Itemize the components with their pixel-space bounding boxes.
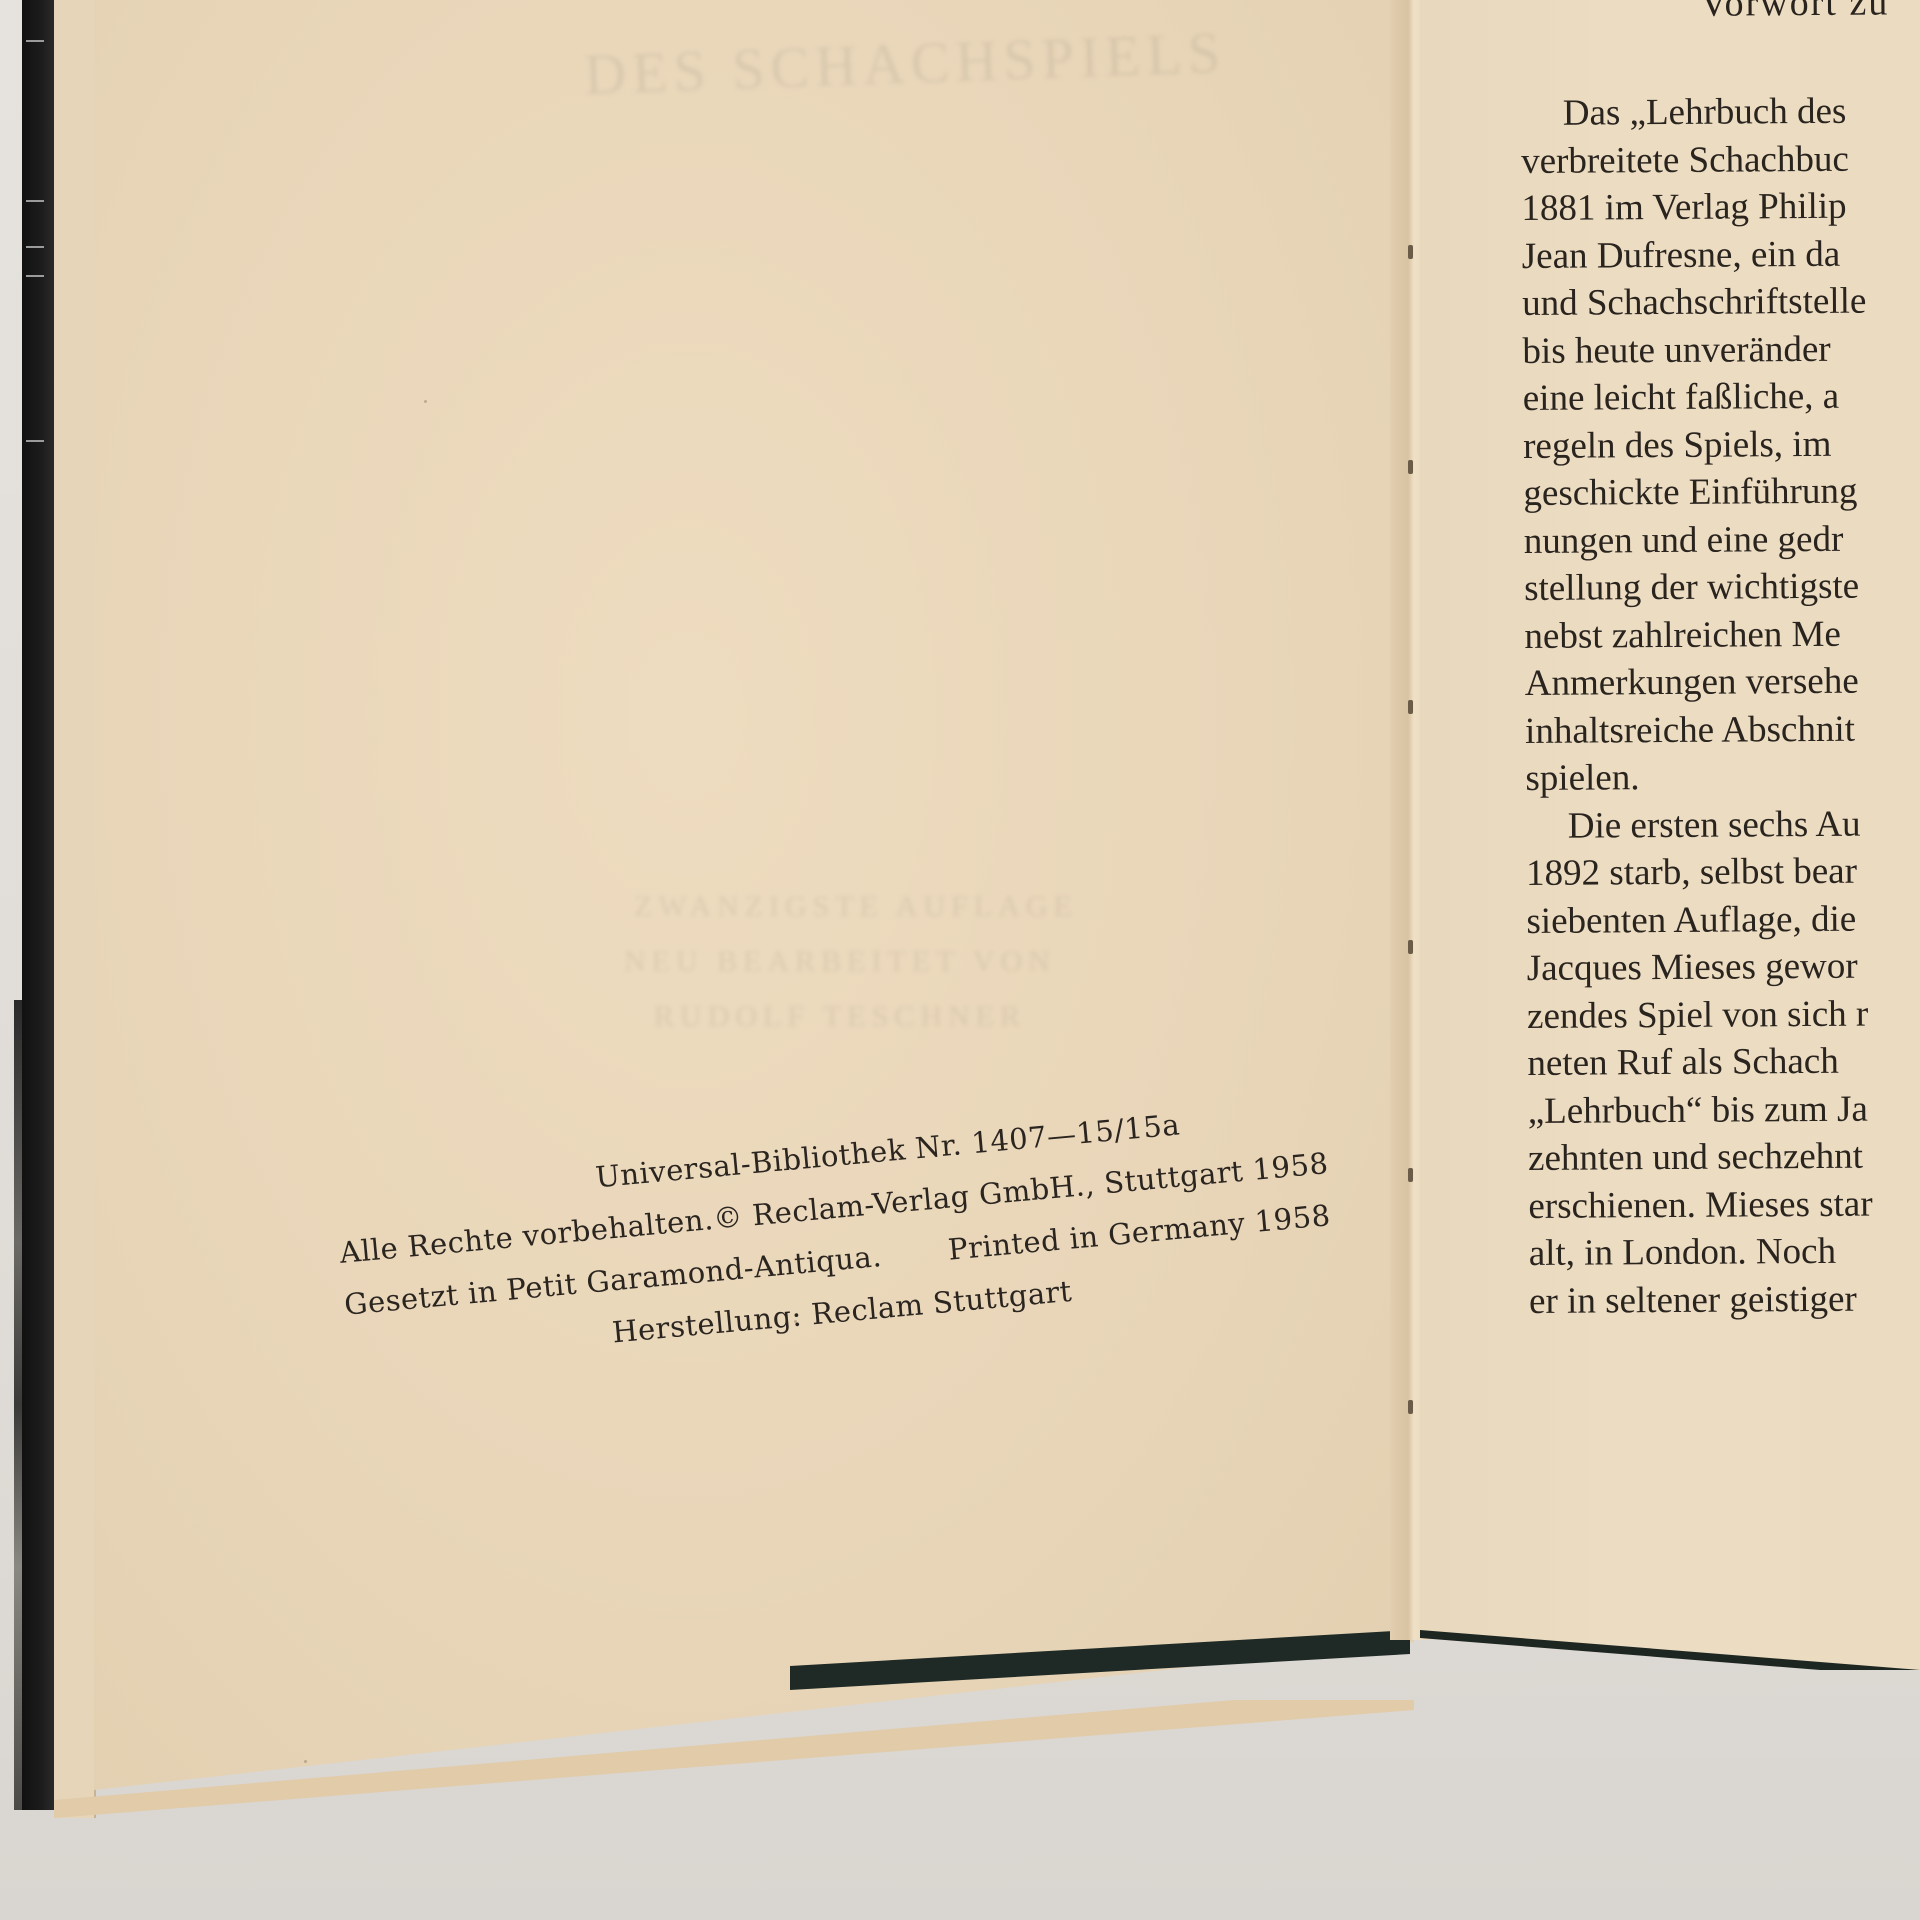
text-line: Die ersten sechs Au	[1526, 800, 1920, 850]
text-line: zehnten und sechzehnt	[1528, 1132, 1920, 1182]
page-heading: Vorwort zu	[1700, 0, 1920, 41]
text-line: „Lehrbuch“ bis zum Ja	[1528, 1085, 1920, 1135]
text-line: bis heute unveränder	[1522, 325, 1920, 375]
text-line: Jacques Mieses gewor	[1527, 942, 1920, 992]
text-line: regeln des Spiels, im	[1523, 420, 1920, 470]
show-through-line: ZWANZIGSTE AUFLAGE	[634, 890, 1078, 924]
text-line: neten Ruf als Schach	[1527, 1037, 1920, 1087]
text-line: Jean Dufresne, ein da	[1522, 230, 1920, 280]
text-line: geschickte Einführung	[1523, 467, 1920, 517]
text-line: eine leicht faßliche, a	[1523, 372, 1920, 422]
show-through-line: NEU BEARBEITET VON	[624, 945, 1056, 979]
show-through-title: DES SCHACHSPIELS	[583, 19, 1227, 108]
text-line: inhaltsreiche Abschnit	[1525, 705, 1920, 755]
show-through-line: RUDOLF TESCHNER	[654, 1000, 1026, 1034]
text-line: stellung der wichtigste	[1524, 562, 1920, 612]
text-line: Anmerkungen versehe	[1525, 657, 1920, 707]
text-line: er in seltener geistiger	[1529, 1275, 1920, 1325]
text-line: nungen und eine gedr	[1524, 515, 1920, 565]
left-page: DES SCHACHSPIELS ZWANZIGSTE AUFLAGE NEU …	[94, 0, 1414, 1790]
text-line: zendes Spiel von sich r	[1527, 990, 1920, 1040]
text-line: verbreitete Schachbuc	[1521, 135, 1920, 185]
book-photo: DES SCHACHSPIELS ZWANZIGSTE AUFLAGE NEU …	[0, 0, 1920, 1920]
text-line: und Schachschriftstelle	[1522, 277, 1920, 327]
flyleaf	[54, 0, 96, 1818]
text-line: alt, in London. Noch	[1529, 1227, 1920, 1277]
text-line: Das „Lehrbuch des	[1521, 87, 1920, 137]
book-cover-edge	[22, 0, 54, 1810]
text-line: siebenten Auflage, die	[1526, 895, 1920, 945]
text-line: spielen.	[1525, 752, 1920, 802]
text-line: 1881 im Verlag Philip	[1521, 182, 1920, 232]
right-page-text: Vorwort zu Das „Lehrbuch des verbreitete…	[1520, 0, 1920, 1325]
text-line: nebst zahlreichen Me	[1524, 610, 1920, 660]
text-line: erschienen. Mieses star	[1528, 1180, 1920, 1230]
text-line: 1892 starb, selbst bear	[1526, 847, 1920, 897]
